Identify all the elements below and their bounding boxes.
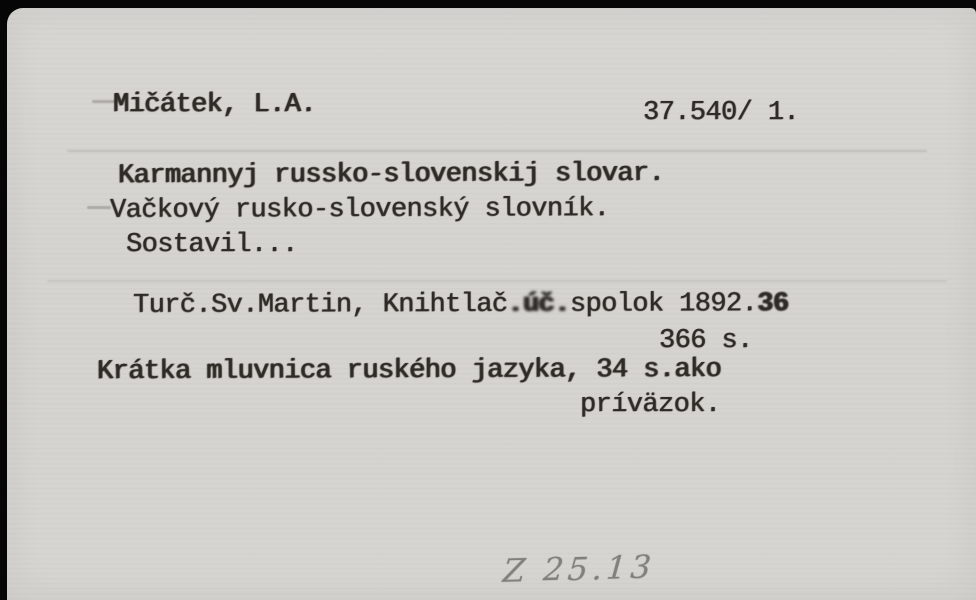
imprint-smudged-text: .úč. [507, 290, 570, 320]
imprint-line: Turč.Sv.Martin, Knihtlač.úč.spolok 1892.… [133, 289, 788, 321]
scanned-catalog-card-image: Mičátek, L.A. 37.540/ 1. Karmannyj russk… [0, 0, 976, 600]
title-line-2: Vačkový rusko-slovenský slovník. [110, 194, 609, 226]
catalog-card: Mičátek, L.A. 37.540/ 1. Karmannyj russk… [7, 8, 976, 600]
call-number: 37.540/ 1. [643, 98, 799, 128]
crease-line [67, 150, 927, 152]
note-line-1: Krátka mluvnica ruského jazyka, 34 s.ako [97, 355, 721, 387]
title-line-1: Karmannyj russko-slovenskij slovar. [118, 159, 664, 191]
imprint-suffix: spolok 1892. [570, 289, 757, 319]
paper-smudge [87, 206, 111, 209]
title-line-3: Sostavil... [126, 230, 298, 260]
imprint-prefix: Turč.Sv.Martin, Knihtlač [133, 290, 508, 321]
handwritten-shelfmark: Z 25.13 [502, 548, 657, 590]
author-heading: Mičátek, L.A. [113, 90, 316, 120]
pages-line: 366 s. [659, 326, 753, 356]
crease-line [47, 280, 947, 282]
note-line-2: príväzok. [580, 390, 720, 420]
imprint-overstruck-pages: 36 [757, 289, 788, 319]
